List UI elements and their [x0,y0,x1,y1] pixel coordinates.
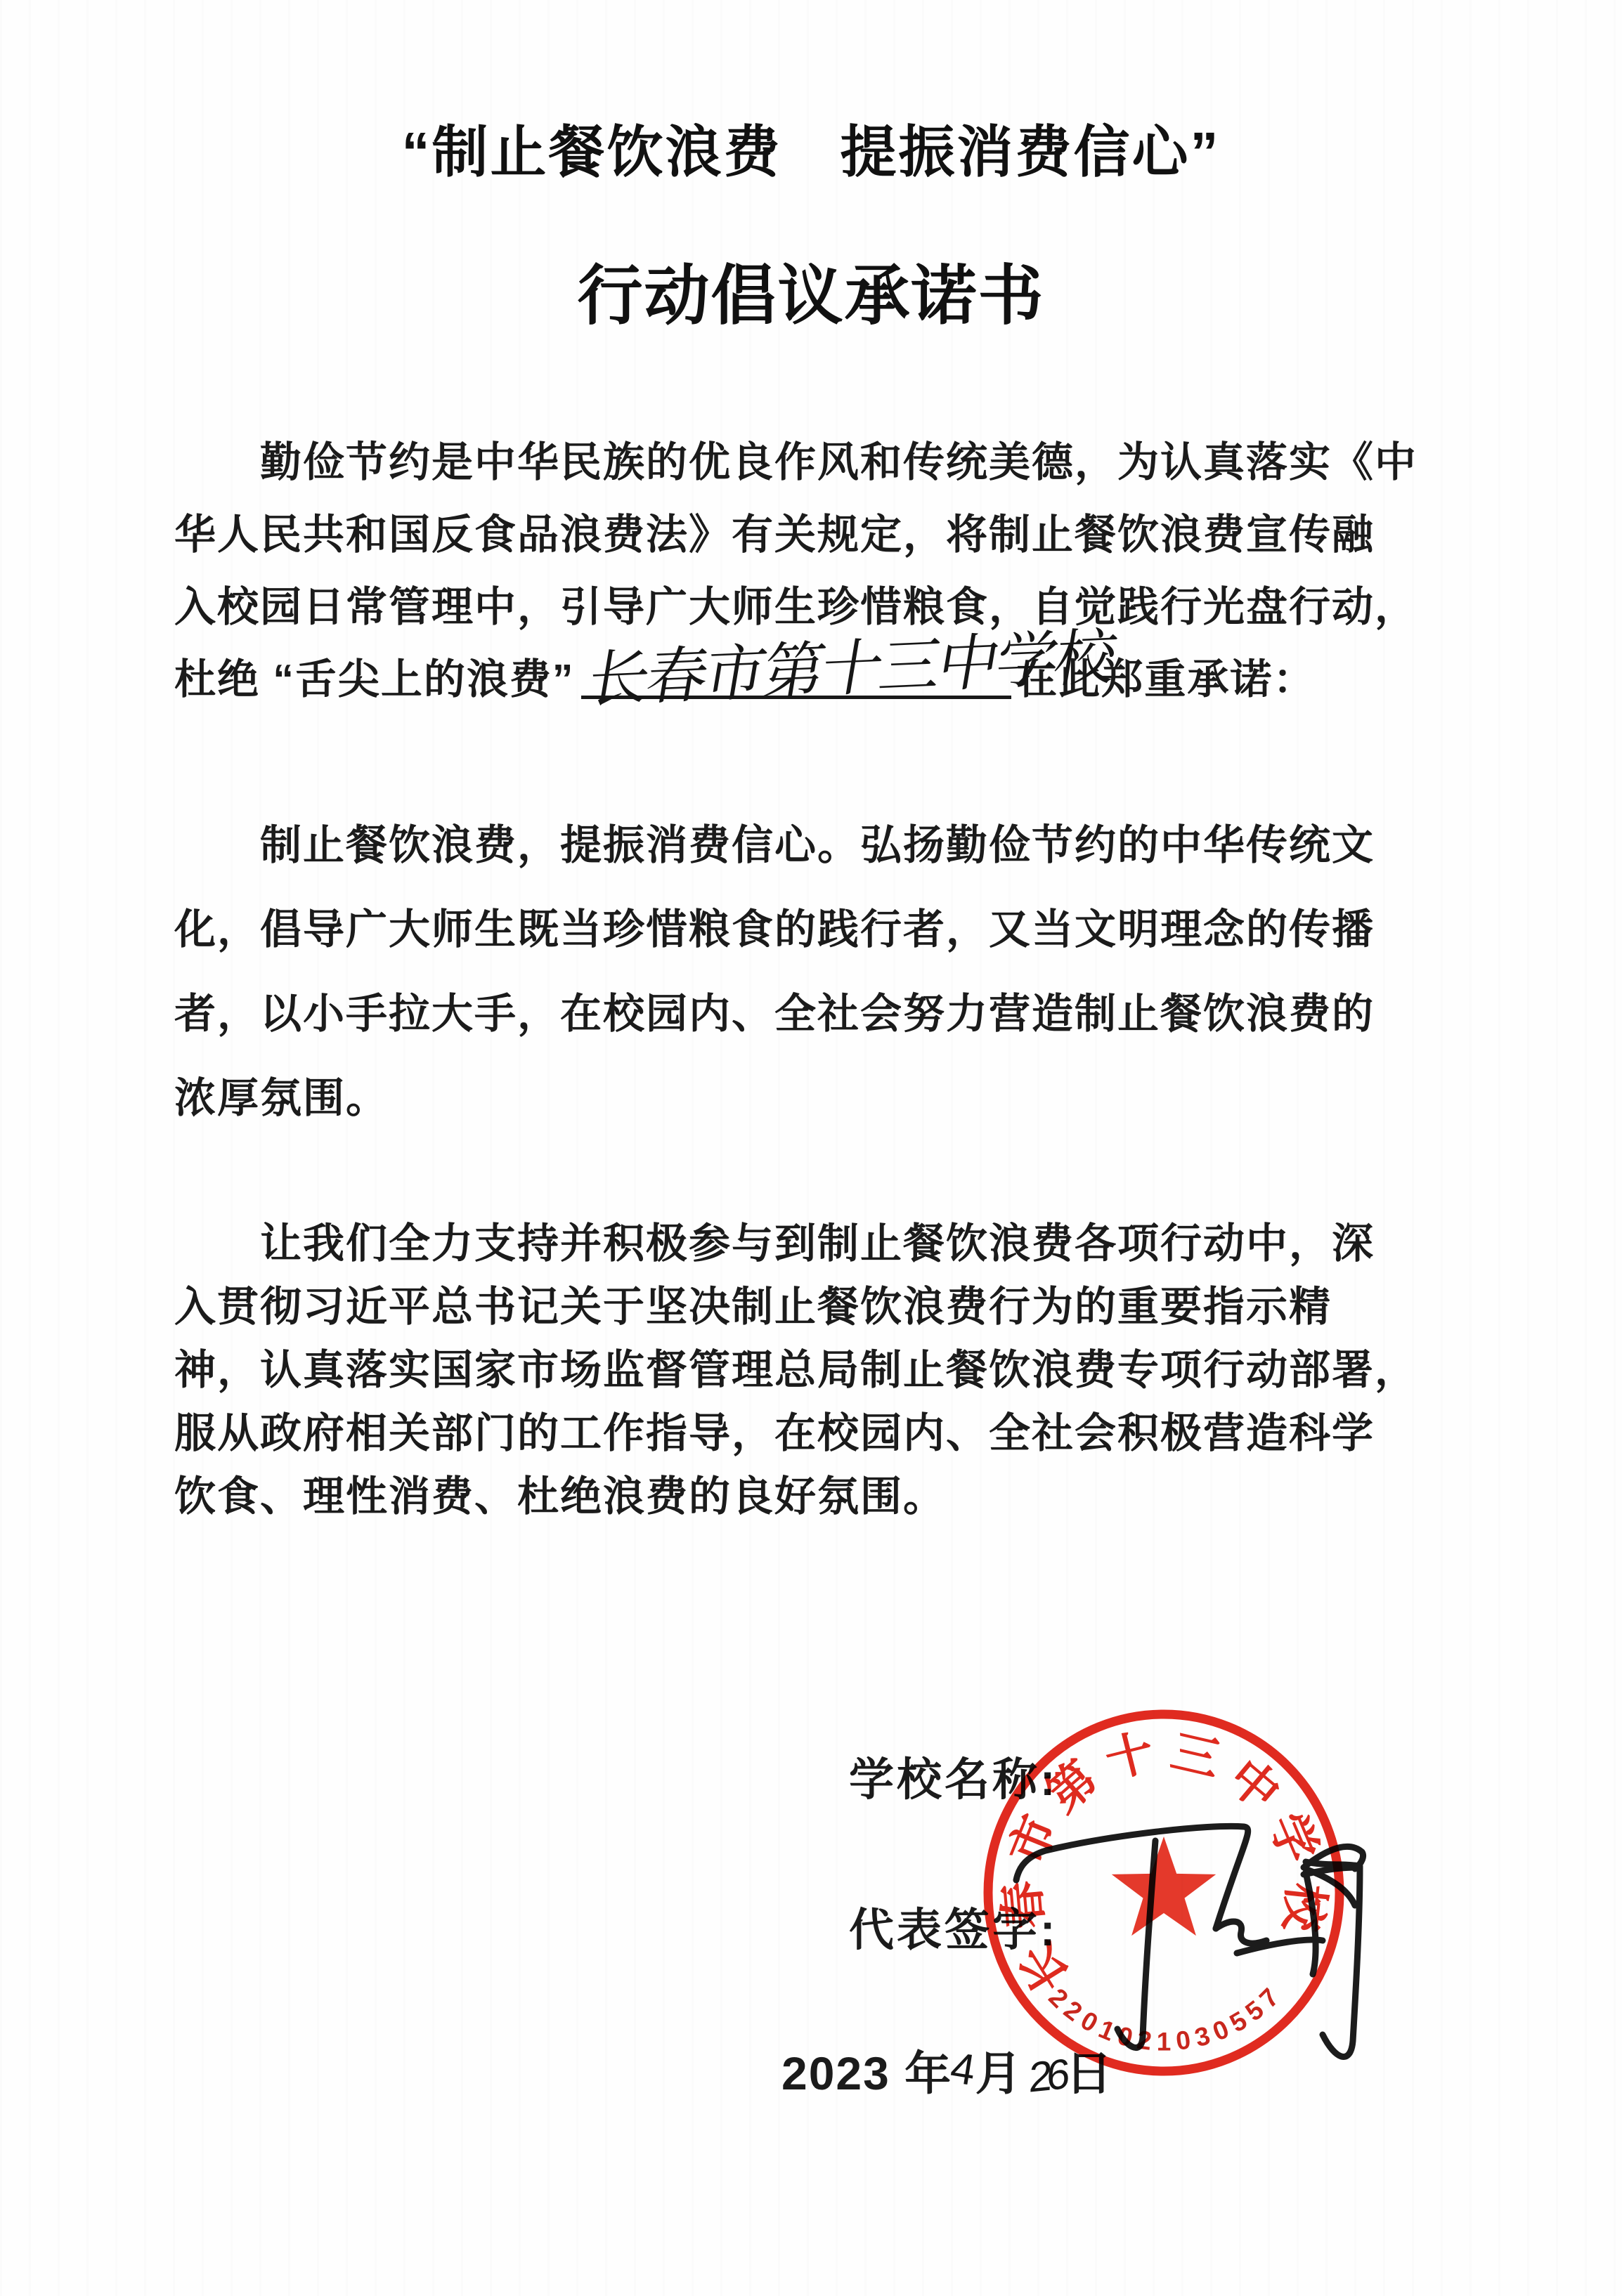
signature-stroke [1016,1826,1248,1929]
paragraph-line-with-blank: 杜绝 “舌尖上的浪费”长春市第十三中学校在此郑重承诺： [174,644,1422,716]
paragraph-line: 制止餐饮浪费，提振消费信心。弘扬勤俭节约的中华传统文 [174,803,1422,887]
line4-prefix: 杜绝 “舌尖上的浪费” [174,656,574,703]
fill-in-blank-underline: 长春市第十三中学校 [581,647,1011,699]
paragraph-line: 者，以小手拉大手，在校园内、全社会努力营造制止餐饮浪费的 [174,972,1422,1056]
signature-stroke [1216,1922,1266,1943]
paragraph-2: 制止餐饮浪费，提振消费信心。弘扬勤俭节约的中华传统文 化，倡导广大师生既当珍惜粮… [174,803,1422,1140]
signature-stroke [1306,1872,1316,1974]
paragraph-line: 入校园日常管理中，引导广大师生珍惜粮食，自觉践行光盘行动， [174,571,1422,644]
document-title: “制止餐饮浪费 提振消费信心” [0,107,1622,188]
paragraph-line: 饮食、理性消费、杜绝浪费的良好氛围。 [174,1465,1422,1528]
handwritten-signature [1005,1742,1441,2108]
paragraph-line: 神，认真落实国家市场监督管理总局制止餐饮浪费专项行动部署， [174,1338,1422,1402]
paragraph-3: 让我们全力支持并积极参与到制止餐饮浪费各项行动中，深 入贯彻习近平总书记关于坚决… [174,1212,1422,1528]
signature-stroke [1117,1841,1155,2048]
paragraph-line: 入贯彻习近平总书记关于坚决制止餐饮浪费行为的重要指示精 [174,1275,1422,1338]
paragraph-1: 勤俭节约是中华民族的优良作风和传统美德，为认真落实《中 华人民共和国反食品浪费法… [174,426,1422,716]
paragraph-line: 华人民共和国反食品浪费法》有关规定，将制止餐饮浪费宣传融 [174,499,1422,571]
paragraph-line: 浓厚氛围。 [174,1056,1422,1140]
paragraph-line: 化，倡导广大师生既当珍惜粮食的践行者，又当文明理念的传播 [174,887,1422,972]
document-subtitle: 行动倡议承诺书 [0,243,1622,337]
scanned-commitment-letter: “制止餐饮浪费 提振消费信心” 行动倡议承诺书 勤俭节约是中华民族的优良作风和传… [0,0,1622,2296]
signature-stroke [1309,1870,1355,1905]
paragraph-line: 服从政府相关部门的工作指导，在校园内、全社会积极营造科学 [174,1402,1422,1465]
paragraph-line: 勤俭节约是中华民族的优良作风和传统美德，为认真落实《中 [174,426,1422,499]
date-year: 2023 年 [781,2036,952,2103]
paragraph-line: 让我们全力支持并积极参与到制止餐饮浪费各项行动中，深 [174,1212,1422,1275]
